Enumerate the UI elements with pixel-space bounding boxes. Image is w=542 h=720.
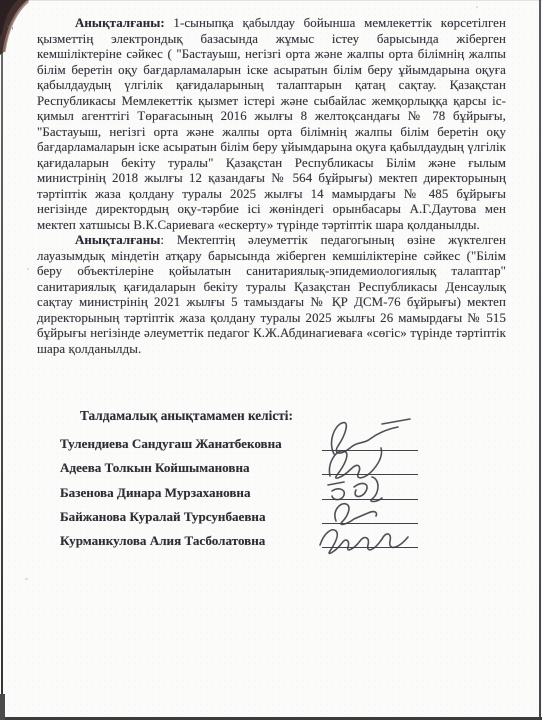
paragraph-lead: Анықталғаны [75,233,160,247]
paragraph-findings-1: Анықталғаны: 1-сыныпқа қабылдау бойынша … [37,16,506,233]
signatory-row: Байжанова Куралай Турсунбаевна [60,505,500,529]
signatory-row: Курманкулова Алия Тасболатовна [60,529,500,553]
signatory-row: Адеева Толкын Койшымановна [60,456,500,480]
signatory-name: Курманкулова Алия Тасболатовна [60,533,265,549]
signatory-name: Байжанова Куралай Турсунбаевна [60,509,266,525]
signatory-name: Адеева Толкын Койшымановна [60,460,250,476]
signatory-name: Базенова Динара Мурзахановна [60,485,251,501]
scan-edge-right [539,0,541,720]
signature-scribble [310,513,432,557]
signatory-name: Тулендиева Сандугаш Жанатбековна [60,436,282,452]
agreement-heading: Талдамалық анықтамамен келісті: [80,408,500,424]
scan-speck [25,578,28,580]
corner-fold-artifact [0,0,42,62]
paragraph-text: : Мектептің әлеуметтік педагогының өзіне… [37,233,506,356]
scan-speck [27,268,29,270]
paragraph-text: 1-сыныпқа қабылдау бойынша мемлекеттік к… [37,16,506,232]
scan-edge-top [0,0,542,1]
agreement-section: Талдамалық анықтамамен келісті: Тулендие… [60,408,500,553]
scan-edge-bottom-left [0,694,5,720]
signatory-row: Тулендиева Сандугаш Жанатбековна [60,432,500,456]
scan-speck [476,6,478,8]
signatory-row: Базенова Динара Мурзахановна [60,481,500,505]
scan-edge-left [1,34,3,720]
scanned-document-page: ᵕ, Анықталғаны: 1-сыныпқа қабылдау бойын… [0,0,542,720]
paragraph-findings-2: Анықталғаны: Мектептің әлеуметтік педаго… [37,233,506,357]
signature-line [322,529,418,548]
signatory-list: Тулендиева Сандугаш Жанатбековна Адеева … [60,432,500,553]
paragraph-lead: Анықталғаны: [75,16,165,30]
document-body: Анықталғаны: 1-сыныпқа қабылдау бойынша … [37,16,506,357]
